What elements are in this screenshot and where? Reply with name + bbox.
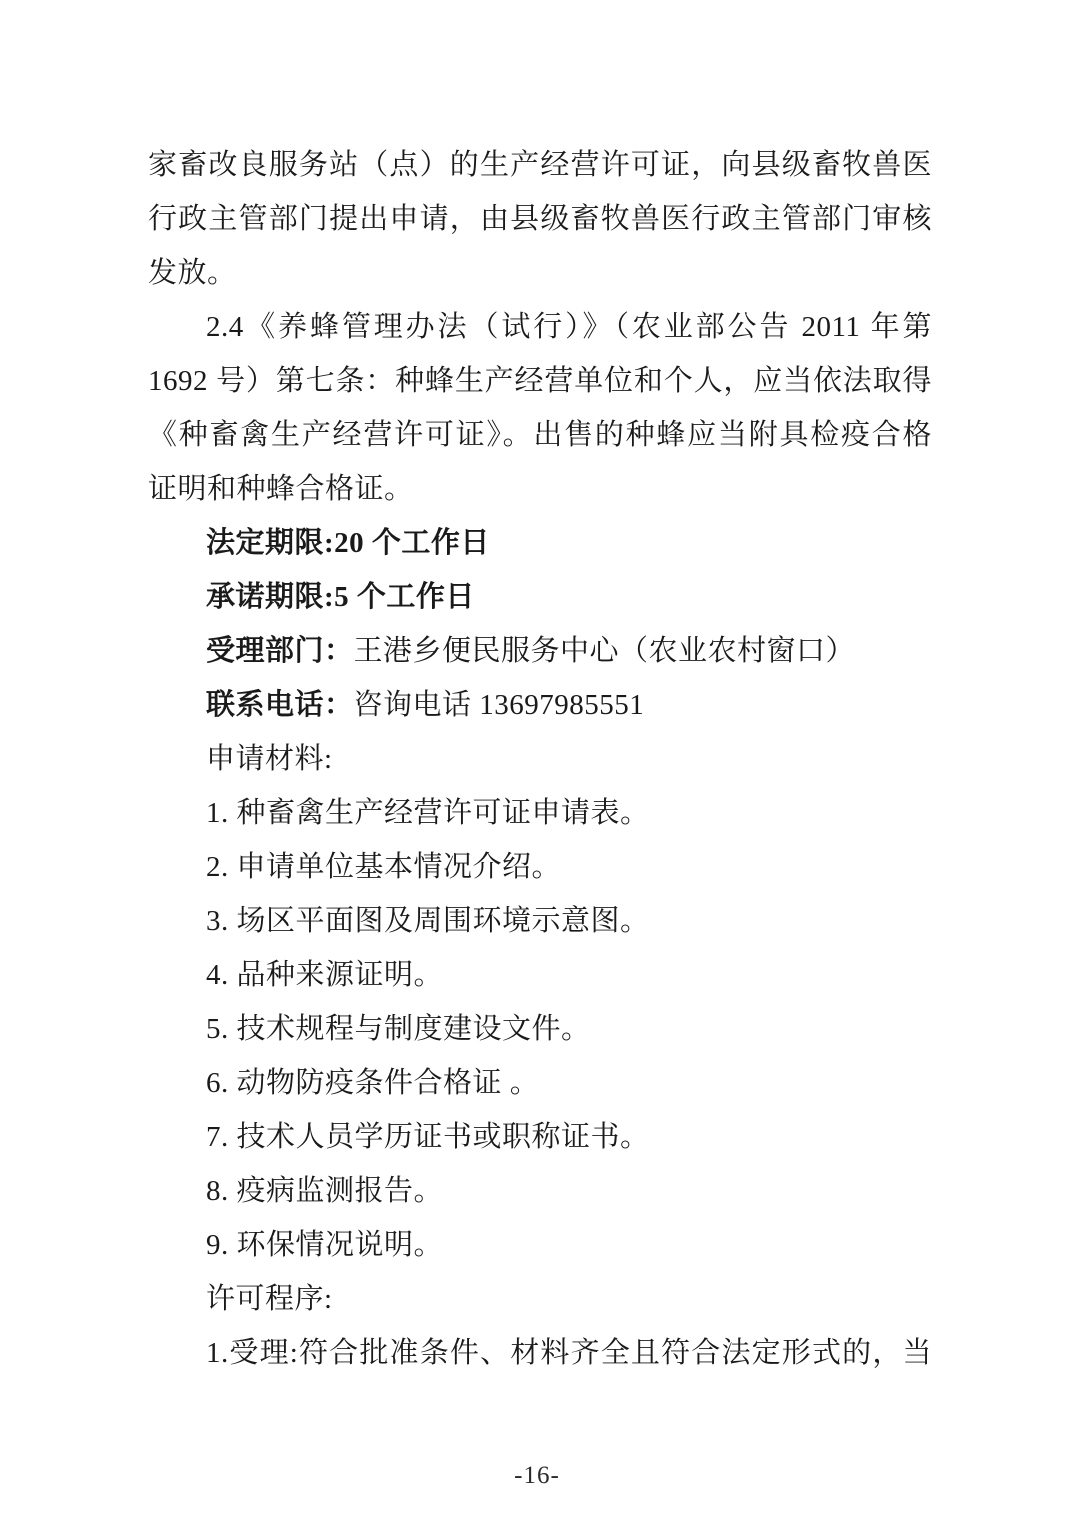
text-line: 6. 动物防疫条件合格证 。 bbox=[148, 1056, 932, 1110]
text-line: 8. 疫病监测报告。 bbox=[148, 1164, 932, 1218]
document-page: 家畜改良服务站（点）的生产经营许可证，向县级畜牧兽医行政主管部门提出申请，由县级… bbox=[0, 0, 1074, 1520]
text-segment: 1.受理:符合批准条件、材料齐全且符合法定形式的，当 bbox=[206, 1337, 932, 1369]
text-segment: 4. 品种来源证明。 bbox=[206, 959, 443, 991]
text-segment: 6. 动物防疫条件合格证 。 bbox=[206, 1067, 539, 1099]
text-line: 申请材料: bbox=[148, 732, 932, 786]
text-segment: 王港乡便民服务中心（农业农村窗口） bbox=[354, 635, 856, 667]
text-line: 联系电话：咨询电话 13697985551 bbox=[148, 678, 932, 732]
text-line: 家畜改良服务站（点）的生产经营许可证，向县级畜牧兽医 bbox=[148, 138, 932, 192]
text-segment: 发放。 bbox=[148, 257, 237, 289]
text-segment: 1. 种畜禽生产经营许可证申请表。 bbox=[206, 797, 650, 829]
text-segment: 家畜改良服务站（点）的生产经营许可证，向县级畜牧兽医 bbox=[148, 149, 932, 181]
text-line: 9. 环保情况说明。 bbox=[148, 1218, 932, 1272]
text-segment: 5. 技术规程与制度建设文件。 bbox=[206, 1013, 591, 1045]
text-segment: 行政主管部门提出申请，由县级畜牧兽医行政主管部门审核 bbox=[148, 203, 932, 235]
text-line: 2. 申请单位基本情况介绍。 bbox=[148, 840, 932, 894]
text-segment: 证明和种蜂合格证。 bbox=[148, 473, 414, 505]
text-segment: 3. 场区平面图及周围环境示意图。 bbox=[206, 905, 650, 937]
text-segment: 8. 疫病监测报告。 bbox=[206, 1175, 443, 1207]
text-line: 1692 号）第七条：种蜂生产经营单位和个人，应当依法取得 bbox=[148, 354, 932, 408]
text-line: 《种畜禽生产经营许可证》。出售的种蜂应当附具检疫合格 bbox=[148, 408, 932, 462]
text-line: 行政主管部门提出申请，由县级畜牧兽医行政主管部门审核 bbox=[148, 192, 932, 246]
page-footer: -16- bbox=[0, 1462, 1074, 1490]
text-segment: 7. 技术人员学历证书或职称证书。 bbox=[206, 1121, 650, 1153]
text-segment: 许可程序: bbox=[206, 1283, 333, 1315]
text-line: 7. 技术人员学历证书或职称证书。 bbox=[148, 1110, 932, 1164]
text-line: 证明和种蜂合格证。 bbox=[148, 462, 932, 516]
text-line: 3. 场区平面图及周围环境示意图。 bbox=[148, 894, 932, 948]
field-label: 承诺期限:5 个工作日 bbox=[206, 581, 475, 613]
text-line: 1. 种畜禽生产经营许可证申请表。 bbox=[148, 786, 932, 840]
text-line: 承诺期限:5 个工作日 bbox=[148, 570, 932, 624]
text-line: 1.受理:符合批准条件、材料齐全且符合法定形式的，当 bbox=[148, 1326, 932, 1380]
text-line: 许可程序: bbox=[148, 1272, 932, 1326]
text-segment: 1692 号）第七条：种蜂生产经营单位和个人，应当依法取得 bbox=[148, 365, 932, 397]
field-label: 受理部门： bbox=[206, 635, 354, 667]
text-line: 法定期限:20 个工作日 bbox=[148, 516, 932, 570]
text-segment: 申请材料: bbox=[206, 743, 333, 775]
text-line: 5. 技术规程与制度建设文件。 bbox=[148, 1002, 932, 1056]
text-segment: 《种畜禽生产经营许可证》。出售的种蜂应当附具检疫合格 bbox=[148, 419, 932, 451]
field-label: 联系电话： bbox=[206, 689, 354, 721]
text-line: 4. 品种来源证明。 bbox=[148, 948, 932, 1002]
text-segment: 9. 环保情况说明。 bbox=[206, 1229, 443, 1261]
text-line: 受理部门：王港乡便民服务中心（农业农村窗口） bbox=[148, 624, 932, 678]
page-number: -16- bbox=[514, 1462, 560, 1489]
text-segment: 2. 申请单位基本情况介绍。 bbox=[206, 851, 561, 883]
field-label: 法定期限:20 个工作日 bbox=[206, 527, 490, 559]
text-segment: 2.4《养蜂管理办法（试行）》（农业部公告 2011 年第 bbox=[206, 311, 932, 343]
text-line: 发放。 bbox=[148, 246, 932, 300]
text-segment: 咨询电话 13697985551 bbox=[354, 689, 645, 721]
text-line: 2.4《养蜂管理办法（试行）》（农业部公告 2011 年第 bbox=[148, 300, 932, 354]
document-body: 家畜改良服务站（点）的生产经营许可证，向县级畜牧兽医行政主管部门提出申请，由县级… bbox=[148, 138, 932, 1380]
